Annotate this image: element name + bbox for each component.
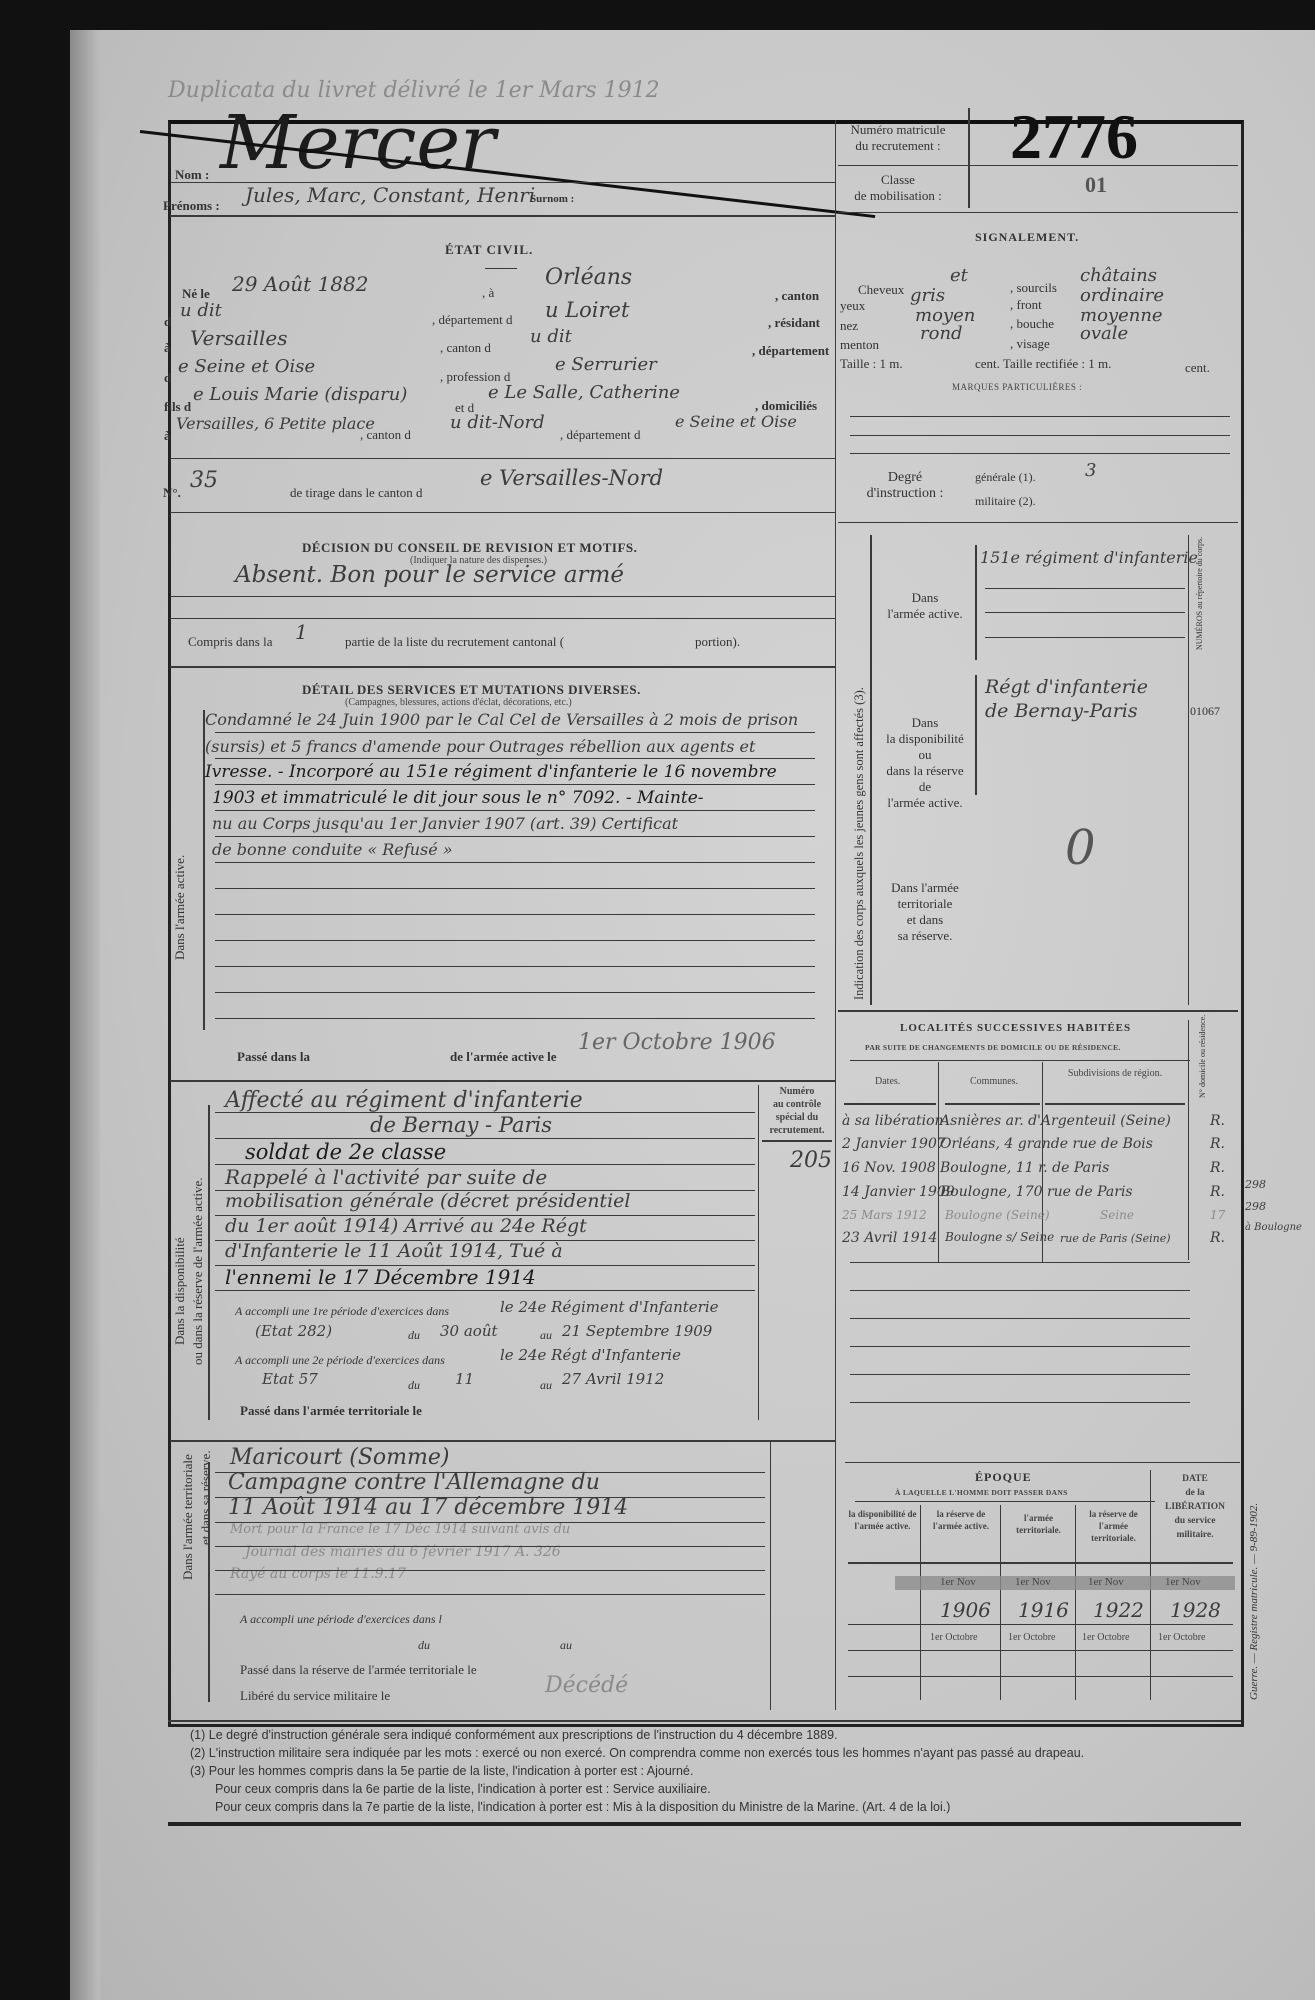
localite-commune: Boulogne, 11 r. de Paris bbox=[940, 1160, 1109, 1176]
corps-territ-label: Dans l'armée territoriale et dans sa rés… bbox=[875, 880, 975, 944]
departement3-label: , département d bbox=[560, 427, 641, 443]
footnote: (3) Pour les hommes compris dans la 5e p… bbox=[190, 1764, 693, 1778]
departement-value: u Loiret bbox=[545, 298, 629, 322]
periode1-value: le 24e Régiment d'Infanterie bbox=[500, 1298, 719, 1316]
col-communes: Communes. bbox=[970, 1076, 1018, 1087]
dispo-line: Rappelé à l'activité par suite de bbox=[225, 1165, 547, 1189]
tirage-number: 35 bbox=[190, 468, 218, 493]
side-label-territ-1: Dans l'armée territoriale bbox=[180, 1454, 196, 1580]
col-reserve-territoriale: la réserve de l'armée territoriale. bbox=[1077, 1508, 1150, 1544]
front-value: ordinaire bbox=[1080, 285, 1164, 306]
visage-value: ovale bbox=[1080, 323, 1128, 344]
page-left-edge bbox=[70, 30, 100, 2000]
visage-label: , visage bbox=[1010, 336, 1050, 352]
col-subdivisions: Subdivisions de région. bbox=[1050, 1068, 1180, 1079]
side-label-dispo-1: Dans la disponibilité bbox=[172, 1237, 188, 1345]
corps-territ-value: 0 bbox=[1065, 820, 1096, 876]
periode1-du-label: du bbox=[408, 1328, 420, 1343]
matricule-label: Numéro matricule du recrutement : bbox=[838, 122, 958, 154]
father-value: e Louis Marie (disparu) bbox=[193, 384, 407, 405]
etat-civil-title: ÉTAT CIVIL. bbox=[445, 242, 533, 258]
epoque-year-reserve-active: 1906 bbox=[940, 1598, 991, 1622]
struck-value: 1er Nov bbox=[940, 1576, 976, 1588]
departement2-label: , département bbox=[752, 343, 829, 359]
epoque-title: ÉPOQUE bbox=[975, 1470, 1032, 1485]
localite-mark: R. bbox=[1210, 1160, 1225, 1176]
margin-note: 298 bbox=[1245, 1200, 1266, 1213]
localite-mark: R. bbox=[1210, 1184, 1225, 1200]
localite-commune: Boulogne, 170 rue de Paris bbox=[940, 1184, 1133, 1200]
services-title: DÉTAIL DES SERVICES ET MUTATIONS DIVERSE… bbox=[302, 682, 641, 698]
periode2-au-label: au bbox=[540, 1378, 552, 1393]
localite-commune: Boulogne s/ Seine bbox=[945, 1230, 1054, 1244]
instruction-generale-value: 3 bbox=[1085, 460, 1096, 481]
sourcils-label: , sourcils bbox=[1010, 280, 1057, 296]
side-label-dispo-2: ou dans la réserve de l'armée active. bbox=[190, 1178, 206, 1366]
passe-label: Passé dans la bbox=[237, 1049, 310, 1065]
yeux-value: gris bbox=[910, 285, 945, 306]
corps-active-label: Dans l'armée active. bbox=[875, 590, 975, 622]
prenoms-value: Jules, Marc, Constant, Henri bbox=[245, 183, 535, 207]
epoque-year-reserve-territoriale: 1922 bbox=[1093, 1598, 1144, 1622]
nez-label: nez bbox=[840, 318, 858, 334]
d-label: d bbox=[164, 314, 171, 330]
profession-value: e Serrurier bbox=[555, 354, 657, 375]
matricule-number: 2776 bbox=[1010, 100, 1138, 174]
services-subtitle: (Campagnes, blessures, actions d'éclat, … bbox=[345, 697, 572, 708]
sourcils-value: châtains bbox=[1080, 265, 1157, 286]
corps-dispo-code: 01067 bbox=[1190, 704, 1220, 719]
a3-label: à bbox=[164, 428, 171, 444]
compris-label: Compris dans la bbox=[188, 634, 273, 650]
epoque-year-liberation: 1928 bbox=[1170, 1598, 1221, 1622]
footnote: (1) Le degré d'instruction générale sera… bbox=[190, 1728, 838, 1742]
instruction-label: Degré d'instruction : bbox=[850, 470, 960, 502]
libere-value: Décédé bbox=[545, 1673, 628, 1698]
footnote: (2) L'instruction militaire sera indiqué… bbox=[190, 1746, 1084, 1760]
canton2-label: , canton d bbox=[440, 340, 491, 356]
col-territoriale: l'armée territoriale. bbox=[1002, 1512, 1075, 1536]
residant-label: , résidant bbox=[768, 315, 820, 331]
passe-mid-label: de l'armée active le bbox=[450, 1049, 556, 1065]
localite-date: 16 Nov. 1908 bbox=[842, 1160, 936, 1176]
passe-value: 1er Octobre 1906 bbox=[578, 1030, 776, 1055]
side-label-active: Dans l'armée active. bbox=[172, 855, 188, 960]
corps-dispo-value-1: Régt d'infanterie bbox=[985, 676, 1148, 698]
instruction-generale-label: générale (1). bbox=[975, 470, 1036, 485]
dispo-line: l'ennemi le 17 Décembre 1914 bbox=[225, 1265, 536, 1289]
periode1-au-label: au bbox=[540, 1328, 552, 1343]
tirage-canton-value: e Versailles-Nord bbox=[480, 466, 663, 490]
canton-value: u dit bbox=[180, 300, 222, 321]
localite-subdiv: Seine bbox=[1100, 1208, 1134, 1222]
epoque-year-territoriale: 1916 bbox=[1018, 1598, 1069, 1622]
libere-label: Libéré du service militaire le bbox=[240, 1688, 390, 1704]
localites-subtitle: PAR SUITE DE CHANGEMENTS DE DOMICILE OU … bbox=[865, 1043, 1121, 1052]
date-liberation-header: DATE de la LIBÉRATION du service militai… bbox=[1155, 1472, 1235, 1542]
corps-side-label: Indication des corps auxquels les jeunes… bbox=[852, 687, 867, 1000]
periode1-label: A accompli une 1re période d'exercices d… bbox=[235, 1304, 449, 1319]
register-print-label: Guerre. — Registre matricule. — 9-89-190… bbox=[1248, 1503, 1260, 1700]
signalement-title: SIGNALEMENT. bbox=[975, 230, 1079, 245]
dispo-line: Affecté au régiment d'infanterie bbox=[225, 1088, 583, 1113]
services-line: Ivresse. - Incorporé au 151e régiment d'… bbox=[205, 762, 777, 782]
localite-commune: Orléans, 4 grande rue de Bois bbox=[940, 1136, 1153, 1152]
dispo-line: d'Infanterie le 11 Août 1914, Tué à bbox=[225, 1240, 563, 1262]
dispo-line: mobilisation générale (décret présidenti… bbox=[225, 1190, 630, 1212]
localite-date: 14 Janvier 1909 bbox=[842, 1184, 955, 1200]
departement2-value: e Seine et Oise bbox=[178, 356, 315, 377]
decision-title: DÉCISION DU CONSEIL DE REVISION ET MOTIF… bbox=[302, 540, 637, 556]
footnote: Pour ceux compris dans la 7e partie de l… bbox=[215, 1800, 950, 1814]
portion-label: portion). bbox=[695, 634, 740, 650]
epoque-month: 1er Octobre bbox=[1082, 1632, 1129, 1643]
localite-date: 23 Avril 1914 bbox=[842, 1230, 937, 1246]
corps-dispo-label: Dans la disponibilité ou dans la réserve… bbox=[875, 715, 975, 811]
struck-value: 1er Nov bbox=[1165, 1576, 1201, 1588]
de-label: d bbox=[164, 370, 171, 386]
footnote: Pour ceux compris dans la 6e partie de l… bbox=[215, 1782, 711, 1796]
localite-commune: Boulogne (Seine) bbox=[945, 1208, 1050, 1222]
mother-value: e Le Salle, Catherine bbox=[488, 382, 680, 403]
corps-active-value: 151e régiment d'infanterie bbox=[980, 548, 1198, 567]
canton-label: , canton bbox=[775, 288, 819, 304]
residence-value: Versailles bbox=[190, 326, 287, 350]
localite-date: 2 Janvier 1907 bbox=[842, 1136, 946, 1152]
localite-mark: R. bbox=[1210, 1113, 1225, 1129]
nom-value: Mercer bbox=[220, 100, 496, 186]
territ-line: 11 Août 1914 au 17 décembre 1914 bbox=[228, 1495, 628, 1520]
col-reserve-active: la réserve de l'armée active. bbox=[922, 1508, 1000, 1532]
territ-du-label: du bbox=[418, 1638, 430, 1653]
epoque-month: 1er Octobre bbox=[930, 1632, 977, 1643]
epoque-subtitle: À LAQUELLE L'HOMME DOIT PASSER DANS bbox=[895, 1488, 1068, 1497]
col-domicile: N° domicile ou résidence. bbox=[1198, 1015, 1207, 1098]
menton-label: menton bbox=[840, 337, 879, 353]
compris-value: 1 bbox=[295, 620, 308, 644]
col-disponibilite: la disponibilité de l'armée active. bbox=[845, 1508, 920, 1532]
cheveux-label: Cheveux bbox=[858, 282, 904, 298]
services-line: nu au Corps jusqu'au 1er Janvier 1907 (a… bbox=[212, 814, 678, 833]
struck-value: 1er Nov bbox=[1015, 1576, 1051, 1588]
corps-dispo-value-2: de Bernay-Paris bbox=[985, 700, 1138, 722]
canton3-value: u dit-Nord bbox=[450, 412, 545, 433]
periode1-au-value: 21 Septembre 1909 bbox=[562, 1322, 712, 1340]
tirage-label: de tirage dans le canton d bbox=[290, 485, 422, 501]
compris-suffix: partie de la liste du recrutement canton… bbox=[345, 634, 564, 650]
prenoms-label: Prénoms : bbox=[163, 198, 220, 214]
side-label-territ-2: et dans sa réserve. bbox=[198, 1450, 214, 1545]
a-label: , à bbox=[482, 285, 494, 301]
territ-au-label: au bbox=[560, 1638, 572, 1653]
menton-value: rond bbox=[920, 323, 963, 344]
domicile-value: Versailles, 6 Petite place bbox=[176, 414, 375, 433]
classe-label: Classe de mobilisation : bbox=[838, 172, 958, 204]
localite-date: 25 Mars 1912 bbox=[842, 1208, 927, 1222]
bouche-label: , bouche bbox=[1010, 316, 1054, 332]
localite-date: à sa libération bbox=[842, 1113, 944, 1129]
front-label: , front bbox=[1010, 297, 1042, 313]
corps-numeros-label: NUMÉROS au répertoire du corps. bbox=[1195, 537, 1204, 650]
localite-mark: R. bbox=[1210, 1230, 1225, 1246]
dispo-line: de Bernay - Paris bbox=[370, 1113, 552, 1137]
decision-value: Absent. Bon pour le service armé bbox=[235, 562, 624, 588]
services-line: (sursis) et 5 francs d'amende pour Outra… bbox=[205, 737, 755, 756]
periode1-du-value: 30 août bbox=[440, 1322, 498, 1340]
periode2-du-label: du bbox=[408, 1378, 420, 1393]
territ-line: Mort pour la France le 17 Déc 1914 suiva… bbox=[230, 1522, 570, 1537]
localite-mark: 17 bbox=[1210, 1208, 1225, 1222]
a2-label: à bbox=[164, 340, 171, 356]
services-line: Condamné le 24 Juin 1900 par le Cal Cel … bbox=[205, 710, 798, 729]
territ-line: Rayé au corps le 11.9.17 bbox=[230, 1566, 406, 1582]
col-dates: Dates. bbox=[875, 1076, 900, 1087]
classe-value: 01 bbox=[1085, 172, 1107, 198]
taille-label: Taille : 1 m. bbox=[840, 356, 903, 372]
services-line: de bonne conduite « Refusé » bbox=[212, 840, 453, 859]
dispo-line: du 1er août 1914) Arrivé au 24e Régt bbox=[225, 1215, 587, 1237]
epoque-month: 1er Octobre bbox=[1158, 1632, 1205, 1643]
localite-commune: Asnières ar. d'Argenteuil (Seine) bbox=[940, 1113, 1171, 1129]
fils-label: fils d bbox=[164, 399, 191, 415]
ne-le-value: 29 Août 1882 bbox=[232, 272, 368, 296]
periode1-etat: (Etat 282) bbox=[255, 1322, 332, 1340]
territ-periode-label: A accompli une période d'exercices dans … bbox=[240, 1612, 442, 1627]
epoque-month: 1er Octobre bbox=[1008, 1632, 1055, 1643]
marques-label: MARQUES PARTICULIÈRES : bbox=[952, 382, 1082, 392]
canton3-label: , canton d bbox=[360, 427, 411, 443]
taille-cent-label: cent. bbox=[1185, 360, 1210, 376]
territ-line: Maricourt (Somme) bbox=[230, 1445, 450, 1470]
periode2-etat: Etat 57 bbox=[262, 1370, 318, 1388]
territ-line: Campagne contre l'Allemagne du bbox=[228, 1470, 600, 1495]
taille-rectifiee-label: cent. Taille rectifiée : 1 m. bbox=[975, 356, 1111, 372]
periode2-au-value: 27 Avril 1912 bbox=[562, 1370, 664, 1388]
dispo-line: soldat de 2e classe bbox=[245, 1140, 446, 1164]
canton2-value: u dit bbox=[530, 326, 572, 347]
territ-reserve-label: Passé dans la réserve de l'armée territo… bbox=[240, 1662, 477, 1678]
instruction-militaire-label: militaire (2). bbox=[975, 494, 1036, 509]
yeux-label: yeux bbox=[840, 298, 865, 314]
surnom-label: Surnom : bbox=[530, 193, 574, 205]
departement3-value: e Seine et Oise bbox=[675, 412, 797, 431]
numero-controle-header: Numéro au contrôle spécial du recrutemen… bbox=[760, 1085, 834, 1137]
margin-note: 298 bbox=[1245, 1178, 1266, 1191]
territoriale-passe-label: Passé dans l'armée territoriale le bbox=[240, 1403, 422, 1419]
departement-label: , département d bbox=[432, 312, 513, 328]
struck-value: 1er Nov bbox=[1088, 1576, 1124, 1588]
periode2-value: le 24e Régt d'Infanterie bbox=[500, 1346, 681, 1364]
no-label: N°. bbox=[163, 485, 181, 501]
cheveux-value: et bbox=[950, 265, 968, 286]
localite-mark: R. bbox=[1210, 1136, 1225, 1152]
birthplace-value: Orléans bbox=[545, 265, 632, 290]
numero-controle-value: 205 bbox=[790, 1148, 832, 1173]
services-line: 1903 et immatriculé le dit jour sous le … bbox=[212, 788, 704, 808]
localite-subdiv: rue de Paris (Seine) bbox=[1060, 1232, 1171, 1245]
periode2-du-value: 11 bbox=[455, 1370, 474, 1388]
nom-label: Nom : bbox=[175, 167, 209, 183]
periode2-label: A accompli une 2e période d'exercices da… bbox=[235, 1353, 445, 1368]
localites-title: LOCALITÉS SUCCESSIVES HABITÉES bbox=[900, 1022, 1131, 1034]
margin-note: à Boulogne bbox=[1245, 1222, 1302, 1233]
